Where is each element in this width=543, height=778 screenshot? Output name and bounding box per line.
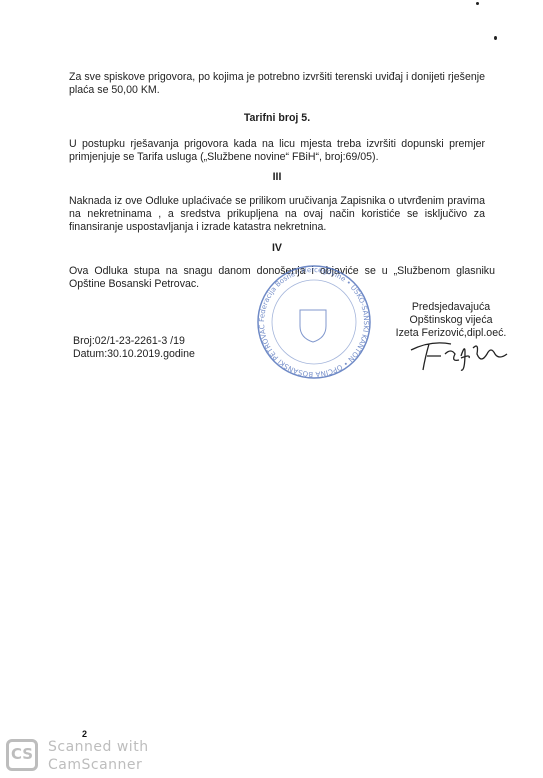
section-iii-paragraph: Naknada iz ove Odluke uplaćivaće se pril…: [69, 195, 485, 234]
watermark-line1: Scanned with: [48, 738, 149, 756]
watermark-line2: CamScanner: [48, 756, 149, 774]
reference-number: Broj:02/1-23-2261-3 /19: [73, 335, 293, 348]
camscanner-watermark: Scanned with CamScanner: [48, 738, 149, 774]
signatory-title-line2: Opštinskog vijeća: [376, 314, 526, 327]
signatory-title-line1: Predsjedavajuća: [376, 301, 526, 314]
section-iii-heading: III: [69, 171, 485, 184]
scan-speck: [494, 36, 497, 40]
camscanner-logo-icon: CS: [6, 739, 38, 771]
scan-speck: [476, 2, 479, 5]
handwritten-signature-icon: [405, 336, 515, 376]
tariff5-paragraph: U postupku rješavanja prigovora kada na …: [69, 138, 485, 164]
tariff-heading: Tarifni broj 5.: [69, 112, 485, 125]
document-date: Datum:30.10.2019.godine: [73, 348, 293, 361]
section-iv-heading: IV: [69, 242, 485, 255]
official-stamp-icon: Federacija Bosne i Hercegovine • USKO-SA…: [254, 262, 374, 382]
fees-paragraph: Za sve spiskove prigovora, po kojima je …: [69, 71, 485, 97]
